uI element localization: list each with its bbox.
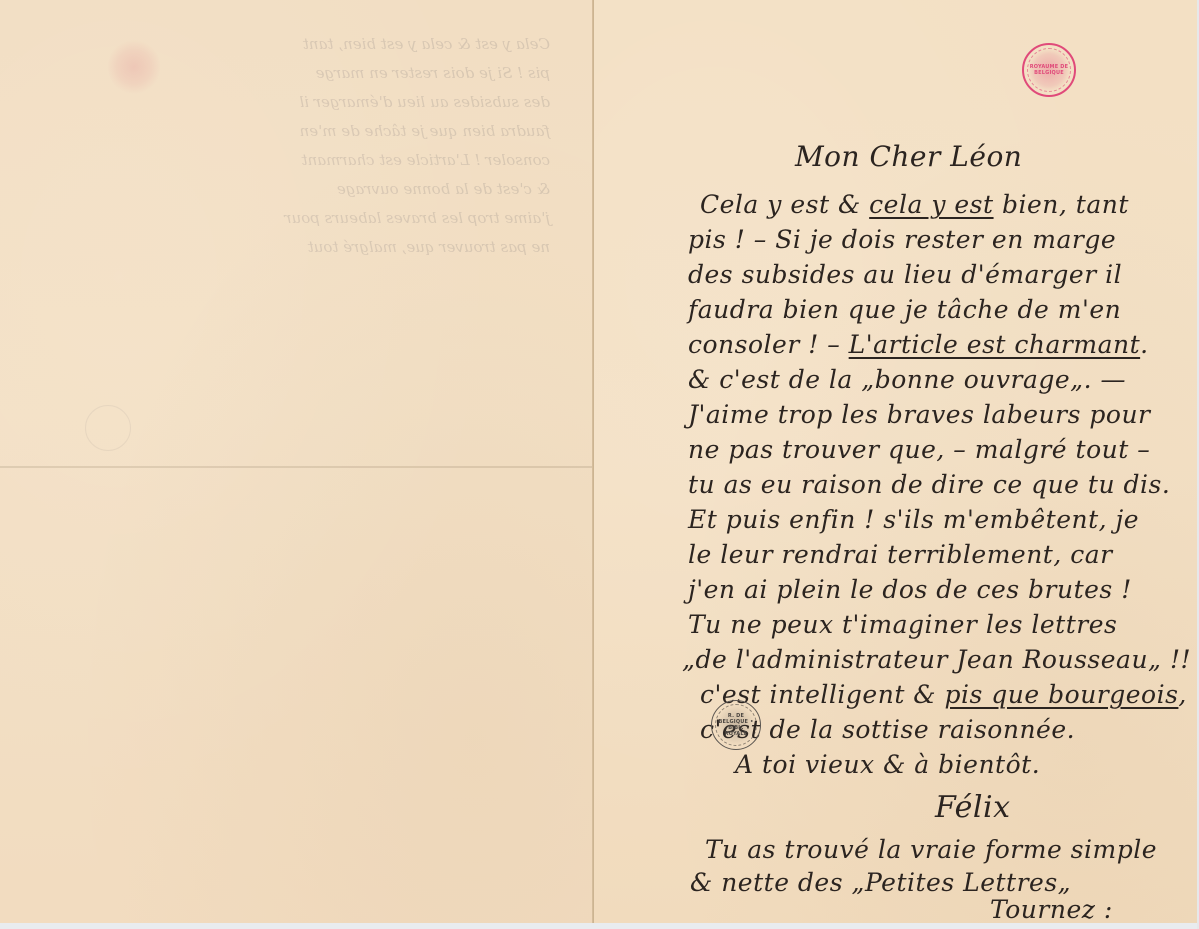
- black-library-stamp-icon: R. DE BELGIQUE • BIBL. ROYALE: [711, 700, 761, 750]
- show-through-line: pis ! Si je dois rester en marge: [250, 59, 550, 88]
- left-page: Cela y est & cela y est bien, tant pis !…: [0, 0, 594, 923]
- letter-line: J'aime trop les braves labeurs pour: [688, 400, 1151, 429]
- letter-line: consoler ! – L'article est charmant.: [688, 330, 1149, 359]
- red-library-stamp-icon: ROYAUME DE BELGIQUE: [1022, 43, 1076, 97]
- signature: Félix: [935, 790, 1011, 825]
- letter-line: des subsides au lieu d'émarger il: [688, 260, 1122, 289]
- show-through-line: consoler ! L'article est charmant: [250, 146, 550, 175]
- postscript-line: & nette des „Petites Lettres„: [690, 868, 1071, 897]
- letter-line: j'en ai plein le dos de ces brutes !: [688, 575, 1132, 604]
- show-through-line: & c'est de la bonne ouvrage: [250, 175, 550, 204]
- letter-line: Et puis enfin ! s'ils m'embêtent, je: [688, 505, 1139, 534]
- letter-line: pis ! – Si je dois rester en marge: [688, 225, 1116, 254]
- letter-line: tu as eu raison de dire ce que tu dis.: [688, 470, 1170, 499]
- scan-border-bottom: [0, 923, 1199, 929]
- letter-line: faudra bien que je tâche de m'en: [688, 295, 1121, 324]
- salutation: Mon Cher Léon: [795, 140, 1022, 173]
- letter-spread: Cela y est & cela y est bien, tant pis !…: [0, 0, 1199, 923]
- show-through-line: des subsides au lieu d'émarger il: [250, 88, 550, 117]
- show-through-text: Cela y est & cela y est bien, tant pis !…: [250, 30, 550, 262]
- letter-line: ne pas trouver que, – malgré tout –: [688, 435, 1150, 464]
- faint-library-stamp-icon: [108, 38, 160, 96]
- postscript-line: Tu as trouvé la vraie forme simple: [705, 835, 1157, 864]
- letter-line: & c'est de la „bonne ouvrage„. —: [688, 365, 1126, 394]
- letter-line: c'est intelligent & pis que bourgeois,: [700, 680, 1187, 709]
- letter-line: Cela y est & cela y est bien, tant: [700, 190, 1129, 219]
- fold-crease: [0, 466, 594, 468]
- letter-line: „de l'administrateur Jean Rousseau„ !!: [682, 645, 1191, 674]
- letter-line: le leur rendrai terriblement, car: [688, 540, 1113, 569]
- show-through-line: j'aime trop les braves labeurs pour: [250, 204, 550, 233]
- faint-stamp-icon: [85, 405, 131, 451]
- closing-line: A toi vieux & à bientôt.: [735, 750, 1040, 779]
- turn-over-note: Tournez :: [990, 895, 1113, 924]
- show-through-line: Cela y est & cela y est bien, tant: [250, 30, 550, 59]
- letter-line: Tu ne peux t'imaginer les lettres: [688, 610, 1117, 639]
- show-through-line: faudra bien que je tâche de m'en: [250, 117, 550, 146]
- show-through-line: ne pas trouver que, malgré tout: [250, 233, 550, 262]
